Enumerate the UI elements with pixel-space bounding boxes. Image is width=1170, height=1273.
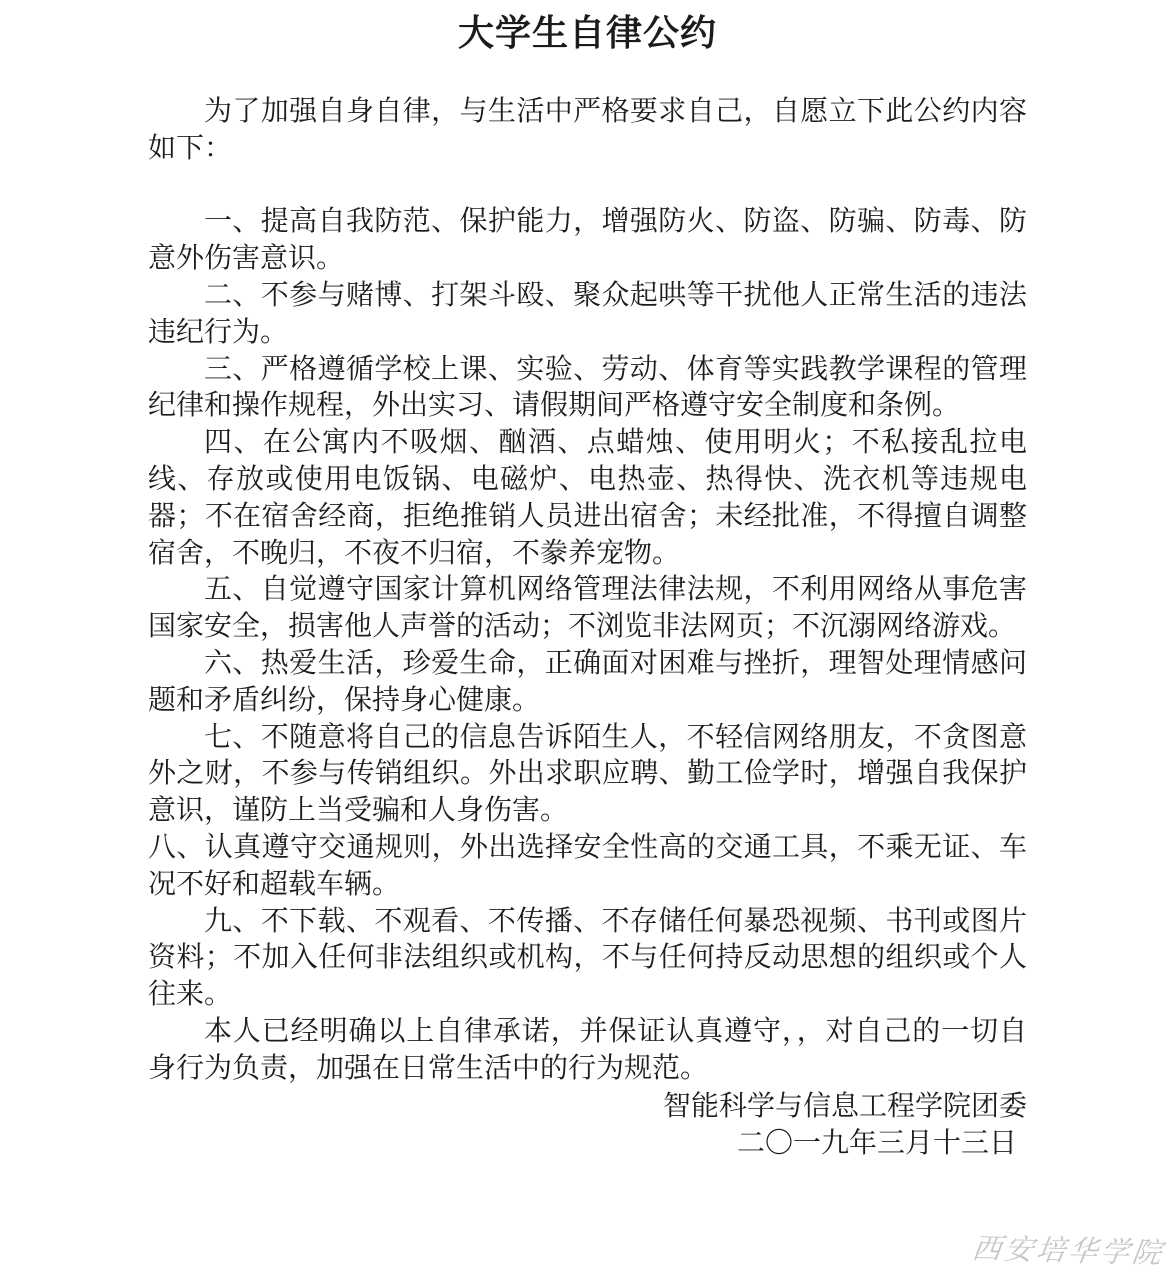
closing-paragraph: 本人已经明确以上自律承诺，并保证认真遵守，，对自己的一切自身行为负责，加强在日常… [148, 1014, 1027, 1088]
intro-paragraph: 为了加强自身自律，与生活中严格要求自己，自愿立下此公约内容如下： [148, 94, 1027, 168]
university-watermark: 西安培华学院 [970, 1232, 1166, 1271]
document-page: 大学生自律公约 为了加强自身自律，与生活中严格要求自己，自愿立下此公约内容如下：… [0, 0, 1170, 1273]
convention-item-4: 四、在公寓内不吸烟、酗酒、点蜡烛、使用明火；不私接乱拉电线、存放或使用电饭锅、电… [148, 425, 1027, 572]
convention-item-6: 六、热爱生活，珍爱生命，正确面对困难与挫折，理智处理情感问题和矛盾纠纷，保持身心… [148, 646, 1027, 720]
document-content: 大学生自律公约 为了加强自身自律，与生活中严格要求自己，自愿立下此公约内容如下：… [0, 0, 1170, 1162]
convention-item-7: 七、不随意将自己的信息告诉陌生人，不轻信网络朋友，不贪图意外之财，不参与传销组织… [148, 720, 1027, 830]
convention-item-9: 九、不下载、不观看、不传播、不存储任何暴恐视频、书刊或图片资料；不加入任何非法组… [148, 904, 1027, 1014]
document-title: 大学生自律公约 [148, 6, 1027, 60]
signature-line: 智能科学与信息工程学院团委 [148, 1088, 1027, 1125]
convention-item-8: 八、认真遵守交通规则，外出选择安全性高的交通工具，不乘无证、车况不好和超载车辆。 [148, 830, 1027, 904]
convention-item-3: 三、严格遵循学校上课、实验、劳动、体育等实践教学课程的管理纪律和操作规程，外出实… [148, 352, 1027, 426]
document-body: 为了加强自身自律，与生活中严格要求自己，自愿立下此公约内容如下： 一、提高自我防… [148, 94, 1027, 1162]
convention-item-1: 一、提高自我防范、保护能力，增强防火、防盗、防骗、防毒、防意外伤害意识。 [148, 204, 1027, 278]
convention-item-2: 二、不参与赌博、打架斗殴、聚众起哄等干扰他人正常生活的违法违纪行为。 [148, 278, 1027, 352]
convention-item-5: 五、自觉遵守国家计算机网络管理法律法规，不利用网络从事危害国家安全，损害他人声誉… [148, 572, 1027, 646]
date-line: 二〇一九年三月十三日 [148, 1125, 1027, 1162]
